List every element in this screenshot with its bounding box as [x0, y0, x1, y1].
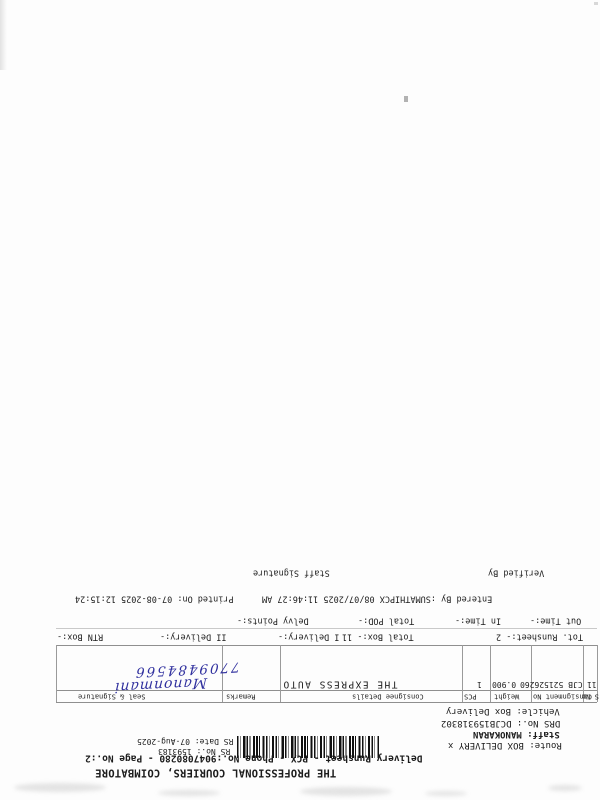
table-col-divider	[280, 645, 281, 702]
scan-smudge	[548, 785, 582, 791]
tot-runsheet-value: Tot. Runsheet:- 2	[496, 631, 583, 640]
rs-date-text: RS Date: 07-Aug-2025	[137, 736, 233, 745]
cell-consignee: THE EXPRESS AUTO	[282, 678, 398, 688]
table-col-divider	[56, 645, 57, 702]
cell-pcs: 1	[477, 679, 482, 688]
col-header-remarks: Remarks	[226, 692, 256, 700]
printed-on-text: Printed On: 07-08-2025 12:15:24	[75, 593, 234, 602]
scan-smudge	[425, 791, 467, 796]
route-text: Route: BOX DELIVERY x	[448, 739, 562, 749]
out-time-label: Out Time:-	[530, 615, 581, 624]
cell-weight: 0.900	[492, 679, 516, 688]
verified-by-label: Verified By	[488, 567, 544, 576]
cell-s-no: 11	[587, 679, 597, 688]
handwritten-signature: Manonmani 7709484566	[69, 640, 241, 697]
total-pod-label: Total POD:-	[358, 615, 414, 624]
scan-smudge	[158, 790, 220, 796]
table-col-divider	[531, 645, 532, 702]
scan-speck	[404, 96, 408, 102]
scan-smudge	[300, 787, 392, 796]
table-col-divider	[462, 645, 463, 702]
company-title: THE PROFESSIONAL COURIERS, COIMBATORE	[95, 766, 336, 778]
vehicle-text: Vehicle: Box Delivery	[446, 705, 560, 715]
table-outer-line	[56, 628, 597, 629]
drs-no-text: DRS No.: DCJB159318302	[441, 717, 560, 727]
i-delivery-label: I Delivery:-	[278, 631, 339, 640]
table-col-divider	[490, 645, 491, 702]
total-box-value: Total Box:- 11	[342, 631, 414, 640]
staff-text: Staff: MANOKARAN	[473, 728, 560, 738]
scan-corner-mark	[594, 2, 598, 5]
entered-by-text: Entered By :SUMATHIPCX 08/07/2025 11:46:…	[262, 593, 492, 602]
staff-signature-label: Staff Signature	[253, 567, 330, 576]
rtn-box-label: RTN Box:-	[57, 631, 103, 640]
table-bottom-line	[56, 702, 597, 703]
cell-consignment-no: CJB 521526260	[520, 679, 583, 688]
col-header-weight: Weight	[494, 692, 519, 700]
col-header-s-no: S No	[582, 692, 599, 700]
col-header-pcs: PCS	[464, 692, 477, 700]
delvy-points-label: Delvy Points:-	[237, 615, 309, 624]
scan-smudge	[14, 783, 106, 792]
runsheet-title-line: Delivery Runsheet - PCX - Phone No.:9047…	[85, 752, 422, 762]
col-header-consignee: Consignee Details	[352, 692, 424, 700]
in-time-label: In Time:-	[455, 615, 501, 624]
scanned-runsheet-page: Verified By Staff Signature Entered By :…	[0, 0, 600, 800]
ii-delivery-label: II Delivery:-	[160, 631, 227, 640]
scan-edge-shadow	[0, 0, 7, 70]
